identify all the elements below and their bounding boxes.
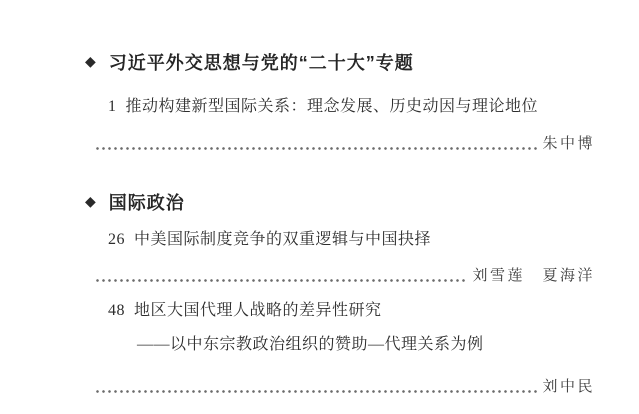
- dotted-leader: [96, 147, 538, 150]
- section-header-special-topic: ◆ 习近平外交思想与党的“二十大”专题: [0, 52, 639, 74]
- toc-entry-title: 26 中美国际制度竞争的双重逻辑与中国抉择: [0, 230, 639, 250]
- section-title: 国际政治: [109, 192, 185, 214]
- toc-entry-leader-row: 刘中民: [0, 378, 639, 397]
- section-title: 习近平外交思想与党的“二十大”专题: [109, 52, 414, 74]
- entry-title-text: 推动构建新型国际关系：理念发展、历史动因与理论地位: [126, 97, 539, 117]
- entry-subtitle: ——以中东宗教政治组织的赞助—代理关系为例: [0, 335, 639, 355]
- toc-entry-title: 48 地区大国代理人战略的差异性研究: [0, 301, 639, 321]
- toc-page: ◆ 习近平外交思想与党的“二十大”专题 1 推动构建新型国际关系：理念发展、历史…: [0, 0, 639, 414]
- entry-title-text: 中美国际制度竞争的双重逻辑与中国抉择: [134, 230, 431, 250]
- diamond-bullet-icon: ◆: [85, 51, 97, 73]
- entry-title-text: 地区大国代理人战略的差异性研究: [134, 301, 382, 321]
- dotted-leader: [96, 390, 538, 393]
- entry-authors: 朱中博: [542, 135, 595, 154]
- entry-page-number: 26: [108, 230, 125, 250]
- diamond-bullet-icon: ◆: [85, 191, 97, 213]
- entry-page-number: 1: [108, 97, 117, 117]
- dotted-leader: [96, 279, 468, 282]
- toc-entry-leader-row: 刘雪莲 夏海洋: [0, 267, 639, 286]
- entry-authors: 刘中民: [542, 378, 595, 397]
- entry-authors: 刘雪莲 夏海洋: [472, 267, 595, 286]
- entry-page-number: 48: [108, 301, 125, 321]
- section-header-international-politics: ◆ 国际政治: [0, 192, 639, 214]
- toc-entry-leader-row: 朱中博: [0, 135, 639, 154]
- toc-entry-title: 1 推动构建新型国际关系：理念发展、历史动因与理论地位: [0, 97, 639, 117]
